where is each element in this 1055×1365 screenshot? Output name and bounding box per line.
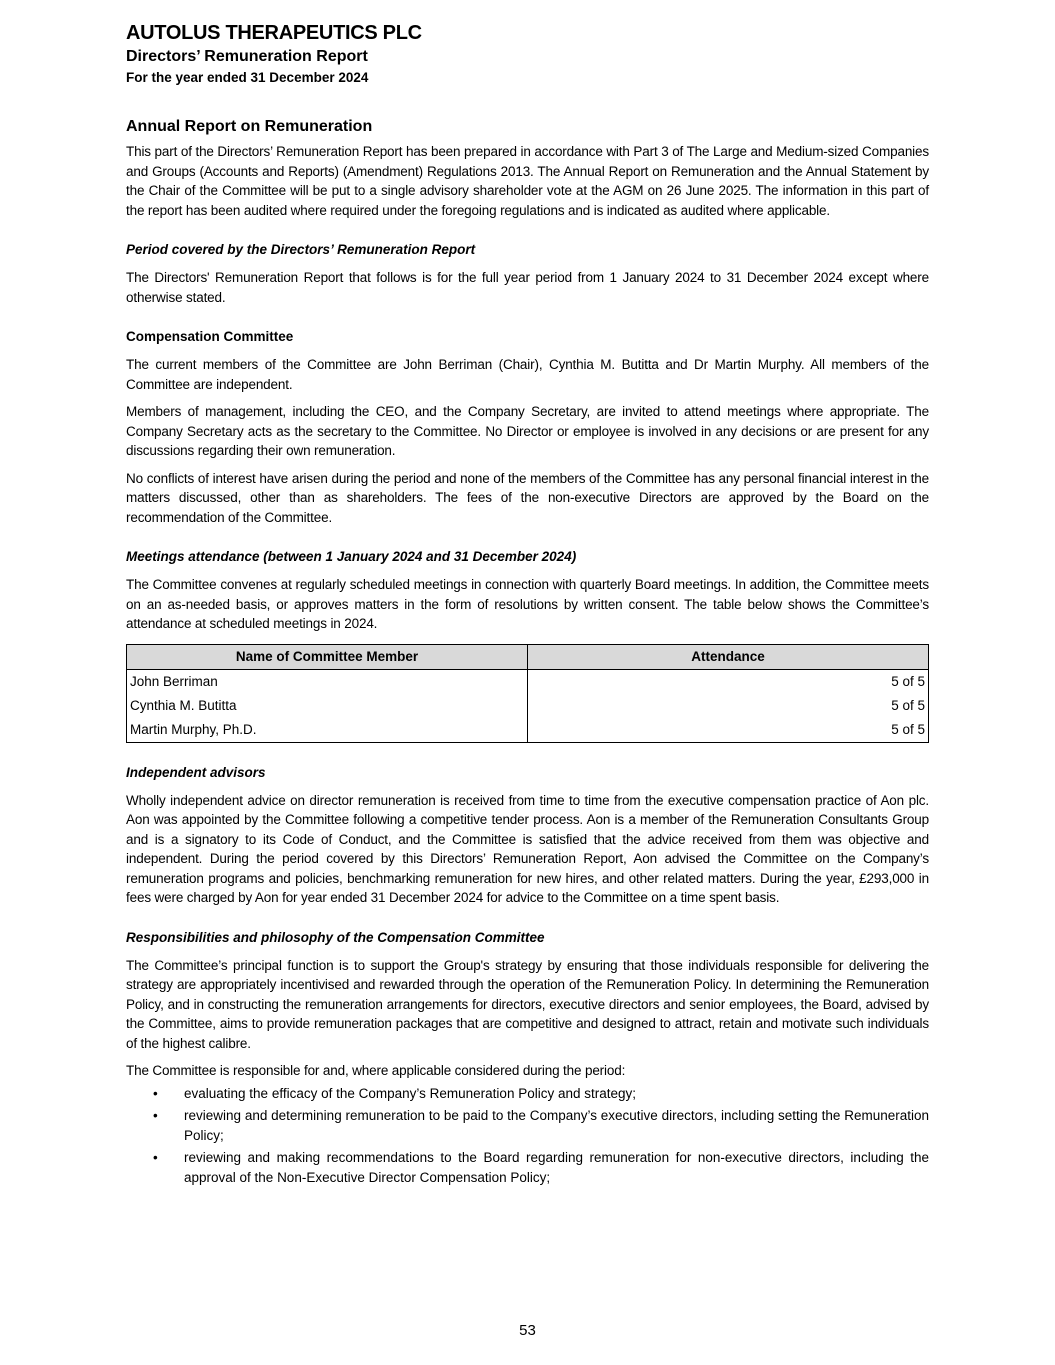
table-header-row: Name of Committee Member Attendance [127,644,929,669]
section-title: Annual Report on Remuneration [126,116,929,138]
list-item: • evaluating the efficacy of the Company… [126,1084,929,1104]
committee-paragraph: No conflicts of interest have arisen dur… [126,469,929,528]
member-attendance: 5 of 5 [528,718,929,743]
report-title: Directors’ Remuneration Report [126,46,929,68]
member-name: Martin Murphy, Ph.D. [127,718,528,743]
list-item: • reviewing and making recommendations t… [126,1148,929,1187]
period-covered-heading: Period covered by the Directors’ Remuner… [126,240,929,259]
intro-paragraph: This part of the Directors’ Remuneration… [126,142,929,220]
advisors-heading: Independent advisors [126,763,929,782]
list-item-text: reviewing and making recommendations to … [184,1150,929,1185]
page-number: 53 [0,1322,1055,1339]
responsibilities-heading: Responsibilities and philosophy of the C… [126,928,929,947]
committee-paragraph: Members of management, including the CEO… [126,402,929,461]
meetings-text: The Committee convenes at regularly sche… [126,575,929,634]
report-period: For the year ended 31 December 2024 [126,68,929,88]
compensation-committee-heading: Compensation Committee [126,327,929,346]
responsibilities-list-intro: The Committee is responsible for and, wh… [126,1061,929,1081]
table-row: Cynthia M. Butitta 5 of 5 [127,694,929,718]
responsibilities-text: The Committee’s principal function is to… [126,956,929,1054]
table-row: Martin Murphy, Ph.D. 5 of 5 [127,718,929,743]
list-item: • reviewing and determining remuneration… [126,1106,929,1145]
committee-paragraph: The current members of the Committee are… [126,355,929,394]
member-name: Cynthia M. Butitta [127,694,528,718]
advisors-text: Wholly independent advice on director re… [126,791,929,908]
period-covered-text: The Directors' Remuneration Report that … [126,268,929,307]
table-row: John Berriman 5 of 5 [127,669,929,694]
responsibilities-list: • evaluating the efficacy of the Company… [126,1084,929,1188]
bullet-icon: • [153,1106,158,1126]
member-attendance: 5 of 5 [528,669,929,694]
meetings-heading: Meetings attendance (between 1 January 2… [126,547,929,566]
bullet-icon: • [153,1148,158,1168]
column-header-attendance: Attendance [528,644,929,669]
member-name: John Berriman [127,669,528,694]
bullet-icon: • [153,1084,158,1104]
company-name: AUTOLUS THERAPEUTICS PLC [126,20,929,46]
member-attendance: 5 of 5 [528,694,929,718]
list-item-text: evaluating the efficacy of the Company’s… [184,1086,636,1101]
list-item-text: reviewing and determining remuneration t… [184,1108,929,1143]
document-page: AUTOLUS THERAPEUTICS PLC Directors’ Remu… [126,20,929,1190]
column-header-name: Name of Committee Member [127,644,528,669]
attendance-table: Name of Committee Member Attendance John… [126,644,929,743]
